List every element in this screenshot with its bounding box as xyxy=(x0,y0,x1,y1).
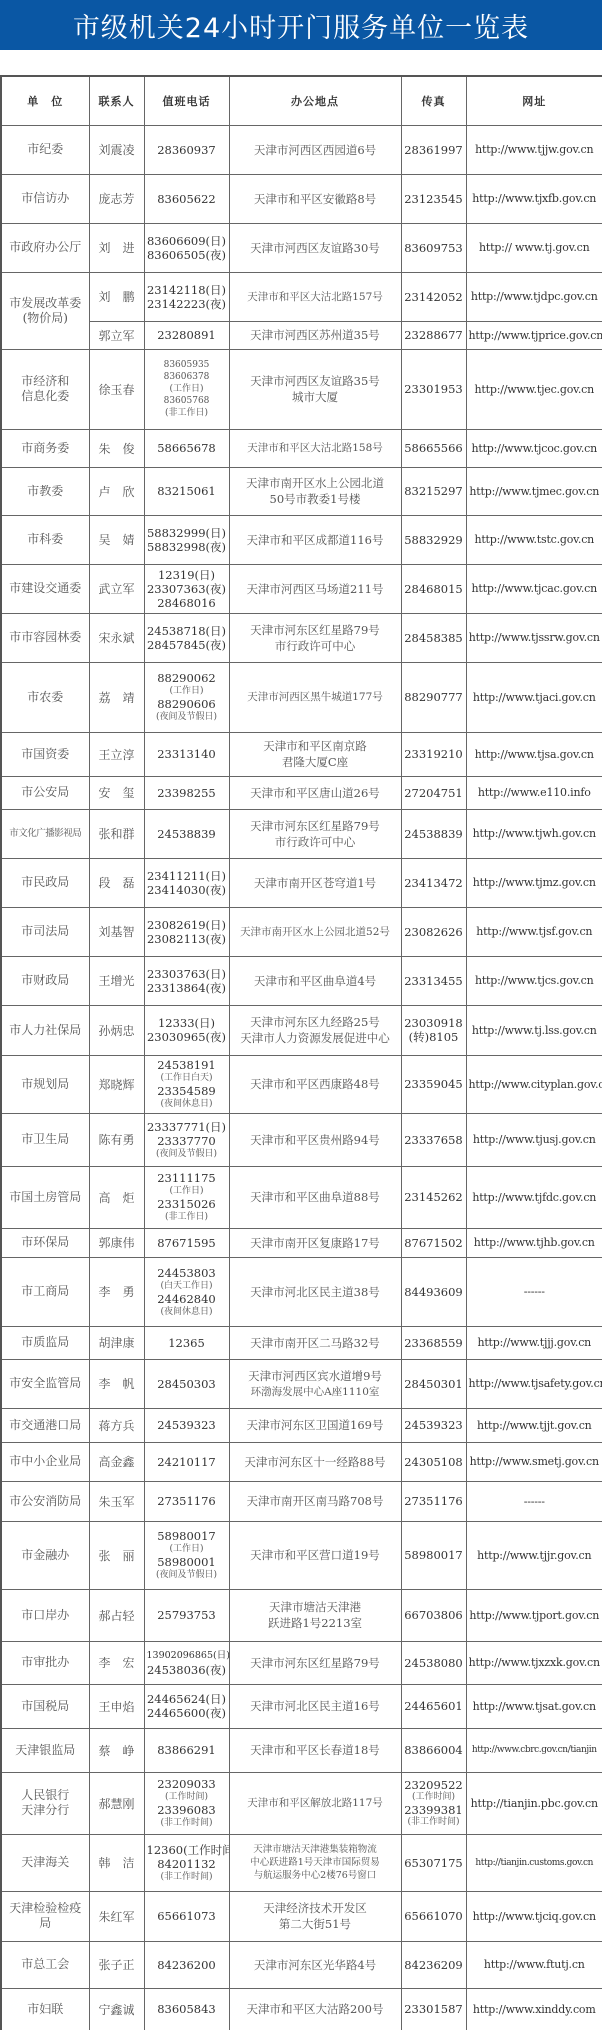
phone-number[interactable]: 83606378 xyxy=(147,371,227,383)
phone-number[interactable]: 58832999(日) xyxy=(147,526,227,540)
table-row: 市经济和信息化委徐玉春8360593583606378(工作日)83605768… xyxy=(1,349,602,429)
phone-number[interactable]: 24538839 xyxy=(147,827,227,841)
fax-cell: 23030918(转)8105 xyxy=(401,1005,466,1055)
table-row: 市财政局王增光23303763(日)23313864(夜)天津市和平区曲阜道4号… xyxy=(1,956,602,1005)
phone-number[interactable]: 83605622 xyxy=(147,192,227,206)
address-line: 天津市和平区大沽北路157号 xyxy=(232,289,399,305)
phone-number[interactable]: 13902096865(日) xyxy=(147,1649,227,1663)
website-link[interactable]: http://www.tj.lss.gov.cn xyxy=(466,1005,602,1055)
fax-number: 23123545 xyxy=(404,192,464,206)
phone-cell[interactable]: 28360937 xyxy=(144,125,229,174)
address-line: 天津市河东区红星路79号 xyxy=(232,818,399,834)
address-line: 天津市河西区马场道211号 xyxy=(232,581,399,597)
phone-number[interactable]: 23414030(夜) xyxy=(147,883,227,897)
contact-cell: 徐玉春 xyxy=(89,349,144,429)
phone-number[interactable]: (非工作日) xyxy=(147,1211,227,1223)
table-header-row: 单 位 联系人 值班电话 办公地点 传真 网址 xyxy=(1,76,602,125)
fax-number: 24465601 xyxy=(404,1699,464,1713)
website-link[interactable]: http://www.tjport.gov.cn xyxy=(466,1589,602,1641)
address-line: 天津市和平区贵州路94号 xyxy=(232,1132,399,1148)
phone-number[interactable]: 83866291 xyxy=(147,1743,227,1757)
website-link[interactable]: http://www.tjjj.gov.cn xyxy=(466,1326,602,1359)
contact-cell: 高金鑫 xyxy=(89,1442,144,1481)
fax-cell: 83609753 xyxy=(401,223,466,272)
address-cell: 天津市河东区光华路4号 xyxy=(229,1941,401,1988)
fax-cell: 23319210 xyxy=(401,732,466,776)
website-link[interactable]: http://www.tjusj.gov.cn xyxy=(466,1113,602,1166)
phone-number[interactable]: 12360(工作时间) xyxy=(147,1843,227,1857)
phone-number[interactable]: 58980001 xyxy=(147,1555,227,1569)
fax-cell: 24305108 xyxy=(401,1442,466,1481)
phone-cell[interactable]: 24538191(工作日白天)23354589(夜间休息日) xyxy=(144,1055,229,1113)
phone-cell[interactable]: 84236200 xyxy=(144,1941,229,1988)
table-row: 市纪委刘震凌28360937天津市河西区西园道6号28361997http://… xyxy=(1,125,602,174)
table-row: 市质监局胡津康12365天津市南开区二马路32号23368559http://w… xyxy=(1,1326,602,1359)
address-line: 天津市塘沽天津港 xyxy=(232,1599,399,1615)
website-link[interactable]: http://www.tjprice.gov.cn xyxy=(466,321,602,349)
phone-number[interactable]: 83605843 xyxy=(147,2002,227,2016)
phone-number[interactable]: 23396083 xyxy=(147,1803,227,1817)
phone-number[interactable]: 84236200 xyxy=(147,1958,227,1972)
phone-number[interactable]: 65661073 xyxy=(147,1909,227,1923)
website-link[interactable]: http://www.smetj.gov.cn xyxy=(466,1442,602,1481)
contact-cell: 宋永斌 xyxy=(89,613,144,662)
fax-number: 23359045 xyxy=(404,1077,464,1091)
phone-number[interactable]: 25793753 xyxy=(147,1608,227,1622)
address-cell: 天津市南开区水上公园北道52号 xyxy=(229,907,401,956)
phone-number[interactable]: 58665678 xyxy=(147,441,227,455)
website-link[interactable]: http://www.tjsafety.gov.cn xyxy=(466,1359,602,1408)
unit-name: 天津银监局 xyxy=(4,1743,87,1758)
fax-number: 23413472 xyxy=(404,876,464,890)
fax-number: 24305108 xyxy=(404,1455,464,1469)
phone-number[interactable]: 23082113(夜) xyxy=(147,932,227,946)
phone-number[interactable]: 58832998(夜) xyxy=(147,540,227,554)
address-line: 天津市河西区宾水道增9号 xyxy=(232,1368,399,1384)
website-link[interactable]: http://www.ftutj.cn xyxy=(466,1941,602,1988)
unit-name: 市建设交通委 xyxy=(4,581,87,596)
table-row: 市教委卢 欣83215061天津市南开区水上公园北道50号市教委1号楼83215… xyxy=(1,467,602,515)
website-link[interactable]: http://www.tjcac.gov.cn xyxy=(466,564,602,613)
phone-cell[interactable]: 24465624(日)24465600(夜) xyxy=(144,1684,229,1728)
address-line: 与航运服务中心2楼76号窗口 xyxy=(232,1869,399,1882)
fax-cell: 23337658 xyxy=(401,1113,466,1166)
website-link[interactable]: http://tianjin.pbc.gov.cn xyxy=(466,1772,602,1834)
phone-cell[interactable]: 23142118(日)23142223(夜) xyxy=(144,272,229,321)
fax-cell: 23368559 xyxy=(401,1326,466,1359)
website-link[interactable]: http://www.xinddy.com xyxy=(466,1988,602,2030)
phone-number[interactable]: 12365 xyxy=(147,1336,227,1350)
contact-cell: 段 磊 xyxy=(89,858,144,907)
website-link[interactable]: http://www.tjec.gov.cn xyxy=(466,349,602,429)
phone-number[interactable]: 83605935 xyxy=(147,359,227,371)
header-fax: 传真 xyxy=(401,76,466,125)
phone-cell[interactable]: 83866291 xyxy=(144,1728,229,1772)
address-cell: 天津市和平区曲阜道88号 xyxy=(229,1166,401,1228)
phone-number[interactable]: 28468016 xyxy=(147,596,227,610)
unit-name: 市口岸办 xyxy=(4,1608,87,1623)
unit-cell: 市司法局 xyxy=(1,907,89,956)
website-link[interactable]: http://www.tjcoc.gov.cn xyxy=(466,429,602,467)
phone-cell[interactable]: 12333(日)23030965(夜) xyxy=(144,1005,229,1055)
website-link[interactable]: http://www.e110.info xyxy=(466,776,602,809)
phone-cell[interactable]: 24538839 xyxy=(144,809,229,858)
fax-number: 23301587 xyxy=(404,2002,464,2016)
address-line: 市行政许可中心 xyxy=(232,834,399,850)
phone-number[interactable]: 87671595 xyxy=(147,1236,227,1250)
fax-cell: 58980017 xyxy=(401,1521,466,1589)
address-line: 天津市和平区成都道116号 xyxy=(232,532,399,548)
phone-cell[interactable]: 27351176 xyxy=(144,1481,229,1521)
website-link[interactable]: http://www.tjfdc.gov.cn xyxy=(466,1166,602,1228)
address-cell: 天津市河西区友谊路35号城市大厦 xyxy=(229,349,401,429)
website-link[interactable]: http://www.cbrc.gov.cn/tianjin xyxy=(466,1728,602,1772)
address-cell: 天津市河西区马场道211号 xyxy=(229,564,401,613)
unit-cell: 市质监局 xyxy=(1,1326,89,1359)
contact-cell: 张 丽 xyxy=(89,1521,144,1589)
fax-number: 83609753 xyxy=(404,241,464,255)
address-line: 50号市教委1号楼 xyxy=(232,491,399,507)
phone-number[interactable]: (夜间及节假日) xyxy=(147,1569,227,1581)
website-link[interactable]: http://www.tjwh.gov.cn xyxy=(466,809,602,858)
phone-number[interactable]: 28360937 xyxy=(147,143,227,157)
unit-cell: 天津检验检疫局 xyxy=(1,1891,89,1941)
address-line: 天津市南开区南马路708号 xyxy=(232,1493,399,1509)
phone-number[interactable]: 24453803 xyxy=(147,1266,227,1280)
unit-name: 市审批办 xyxy=(4,1655,87,1670)
unit-name: 天津检验检疫局 xyxy=(4,1901,87,1931)
phone-number[interactable]: 23398255 xyxy=(147,786,227,800)
fax-number: 23301953 xyxy=(404,382,464,396)
address-line: 天津市塘沽天津港集装箱物流 xyxy=(232,1843,399,1856)
fax-cell: 84236209 xyxy=(401,1941,466,1988)
address-line: 天津市和平区南京路 xyxy=(232,738,399,754)
phone-number[interactable]: 84201132 xyxy=(147,1857,227,1871)
contact-cell: 李 帆 xyxy=(89,1359,144,1408)
unit-name: 市质监局 xyxy=(4,1335,87,1350)
fax-number: 84493609 xyxy=(404,1285,464,1299)
phone-cell[interactable]: 65661073 xyxy=(144,1891,229,1941)
phone-cell[interactable]: 24539323 xyxy=(144,1408,229,1442)
phone-number[interactable]: 24538191 xyxy=(147,1058,227,1072)
website-link[interactable]: http://www.tjjr.gov.cn xyxy=(466,1521,602,1589)
table-row: 人民银行天津分行郝慧刚23209033(工作时间)23396083(非工作时间)… xyxy=(1,1772,602,1834)
address-line: 天津市南开区苍穹道1号 xyxy=(232,875,399,891)
phone-cell[interactable]: 23337771(日)23337770(夜间及节假日) xyxy=(144,1113,229,1166)
phone-number[interactable]: (工作时间) xyxy=(147,1791,227,1803)
website-link[interactable]: http://tianjin.customs.gov.cn xyxy=(466,1834,602,1891)
fax-cell: 28450301 xyxy=(401,1359,466,1408)
phone-cell[interactable]: 58980017(工作日)58980001(夜间及节假日) xyxy=(144,1521,229,1589)
address-line: 天津市和平区曲阜道88号 xyxy=(232,1189,399,1205)
phone-number[interactable]: 23315026 xyxy=(147,1197,227,1211)
unit-cell: 市民政局 xyxy=(1,858,89,907)
phone-number[interactable]: (白天工作日) xyxy=(147,1280,227,1292)
phone-cell[interactable]: 23111175(工作日)23315026(非工作日) xyxy=(144,1166,229,1228)
phone-cell[interactable]: 24538718(日)28457845(夜) xyxy=(144,613,229,662)
unit-name: 市国土房管局 xyxy=(4,1190,87,1205)
phone-cell[interactable]: 12365 xyxy=(144,1326,229,1359)
website-link[interactable]: http://www.tjjt.gov.cn xyxy=(466,1408,602,1442)
website-link[interactable]: http://www.tjdpc.gov.cn xyxy=(466,272,602,321)
website-link[interactable]: http://www.tjhb.gov.cn xyxy=(466,1228,602,1257)
phone-number[interactable]: 23313140 xyxy=(147,747,227,761)
phone-number[interactable]: 23313864(夜) xyxy=(147,981,227,995)
table-row: 郭立军23280891天津市河西区苏州道35号23288677http://ww… xyxy=(1,321,602,349)
phone-number[interactable]: 83215061 xyxy=(147,484,227,498)
fax-cell: 58665566 xyxy=(401,429,466,467)
phone-number[interactable]: 24465624(日) xyxy=(147,1692,227,1706)
table-row: 市中小企业局高金鑫24210117天津市河东区十一经路88号24305108ht… xyxy=(1,1442,602,1481)
phone-number[interactable]: 58980017 xyxy=(147,1529,227,1543)
phone-number[interactable]: 83605768 xyxy=(147,395,227,407)
website-link[interactable]: http://www.tjsat.gov.cn xyxy=(466,1684,602,1728)
website-link[interactable]: http://www.tjciq.gov.cn xyxy=(466,1891,602,1941)
website-link[interactable]: http://www.tjsa.gov.cn xyxy=(466,732,602,776)
header-address: 办公地点 xyxy=(229,76,401,125)
unit-cell: 市卫生局 xyxy=(1,1113,89,1166)
phone-number[interactable]: (工作日) xyxy=(147,685,227,697)
address-line: 天津市河东区卫国道169号 xyxy=(232,1417,399,1433)
contact-cell: 李 勇 xyxy=(89,1257,144,1326)
unit-cell: 市审批办 xyxy=(1,1641,89,1684)
phone-number[interactable]: 23280891 xyxy=(147,328,227,342)
phone-number[interactable]: 23411211(日) xyxy=(147,869,227,883)
phone-number[interactable]: 28457845(夜) xyxy=(147,638,227,652)
fax-cell: 23301587 xyxy=(401,1988,466,2030)
unit-cell: 市工商局 xyxy=(1,1257,89,1326)
table-row: 市人力社保局孙炳忠12333(日)23030965(夜)天津市河东区九经路25号… xyxy=(1,1005,602,1055)
unit-name: 天津海关 xyxy=(4,1855,87,1870)
address-cell: 天津市河东区卫国道169号 xyxy=(229,1408,401,1442)
phone-number[interactable]: (夜间及节假日) xyxy=(147,711,227,723)
phone-cell[interactable]: 23411211(日)23414030(夜) xyxy=(144,858,229,907)
fax-cell: 23288677 xyxy=(401,321,466,349)
address-cell: 天津市和平区西康路48号 xyxy=(229,1055,401,1113)
fax-cell: 28458385 xyxy=(401,613,466,662)
phone-cell[interactable]: 13902096865(日)24538036(夜) xyxy=(144,1641,229,1684)
address-line: 天津市南开区二马路32号 xyxy=(232,1335,399,1351)
website-link[interactable]: http:// www.tj.gov.cn xyxy=(466,223,602,272)
table-row: 市口岸办郝占轻25793753天津市塘沽天津港跃进路1号2213室6670380… xyxy=(1,1589,602,1641)
phone-number[interactable]: (工作日) xyxy=(147,1543,227,1555)
website-link[interactable]: http://www.tjsf.gov.cn xyxy=(466,907,602,956)
phone-cell[interactable]: 23313140 xyxy=(144,732,229,776)
phone-number[interactable]: 12319(日) xyxy=(147,568,227,582)
website-link[interactable]: http://www.tjxzxk.gov.cn xyxy=(466,1641,602,1684)
fax-number: 28468015 xyxy=(404,582,464,596)
address-line: 天津市和平区大沽路200号 xyxy=(232,2001,399,2017)
phone-number[interactable]: 27351176 xyxy=(147,1494,227,1508)
address-cell: 天津市南开区复康路17号 xyxy=(229,1228,401,1257)
phone-number[interactable]: 24462840 xyxy=(147,1292,227,1306)
phone-number[interactable]: (夜间休息日) xyxy=(147,1098,227,1110)
contact-cell: 吴 婧 xyxy=(89,515,144,564)
contact-cell: 武立军 xyxy=(89,564,144,613)
fax-number: 58665566 xyxy=(404,441,464,455)
contact-cell: 李 宏 xyxy=(89,1641,144,1684)
phone-number[interactable]: (非工作时间) xyxy=(147,1817,227,1829)
phone-number[interactable]: 24538036(夜) xyxy=(147,1663,227,1677)
phone-number[interactable]: 23030965(夜) xyxy=(147,1030,227,1044)
contact-cell: 郝占轻 xyxy=(89,1589,144,1641)
contact-cell: 王立淳 xyxy=(89,732,144,776)
phone-cell[interactable]: 8360593583606378(工作日)83605768(非工作日) xyxy=(144,349,229,429)
phone-number[interactable]: 23354589 xyxy=(147,1084,227,1098)
phone-cell[interactable]: 23209033(工作时间)23396083(非工作时间) xyxy=(144,1772,229,1834)
website-link[interactable]: ------ xyxy=(466,1257,602,1326)
phone-number[interactable]: (夜间及节假日) xyxy=(147,1148,227,1160)
unit-name: 人民银行 xyxy=(4,1788,87,1803)
phone-cell[interactable]: 83605622 xyxy=(144,174,229,223)
website-link[interactable]: http://www.tjmz.gov.cn xyxy=(466,858,602,907)
phone-number[interactable]: 28450303 xyxy=(147,1377,227,1391)
fax-number: 23368559 xyxy=(404,1336,464,1350)
address-line: 中心跃进路1号天津市国际贸易 xyxy=(232,1856,399,1869)
contact-cell: 朱红军 xyxy=(89,1891,144,1941)
unit-name: 市农委 xyxy=(4,690,87,705)
unit-name: 市财政局 xyxy=(4,973,87,988)
address-line: 城市大厦 xyxy=(232,389,399,405)
phone-cell[interactable]: 23398255 xyxy=(144,776,229,809)
phone-cell[interactable]: 12319(日)23307363(夜)28468016 xyxy=(144,564,229,613)
phone-cell[interactable]: 23082619(日)23082113(夜) xyxy=(144,907,229,956)
contact-cell: 安 玺 xyxy=(89,776,144,809)
phone-number[interactable]: 23303763(日) xyxy=(147,967,227,981)
unit-cell: 天津海关 xyxy=(1,1834,89,1891)
phone-cell[interactable]: 58832999(日)58832998(夜) xyxy=(144,515,229,564)
website-link[interactable]: ------ xyxy=(466,1481,602,1521)
table-body: 市纪委刘震凌28360937天津市河西区西园道6号28361997http://… xyxy=(1,125,602,2030)
fax-number: 58980017 xyxy=(404,1548,464,1562)
address-line: 天津市河东区九经路25号 xyxy=(232,1014,399,1030)
fax-number: 88290777 xyxy=(404,690,464,704)
contact-cell: 张和群 xyxy=(89,809,144,858)
unit-name: 市公安局 xyxy=(4,785,87,800)
unit-cell: 市财政局 xyxy=(1,956,89,1005)
phone-number[interactable]: 23307363(夜) xyxy=(147,582,227,596)
phone-cell[interactable]: 28450303 xyxy=(144,1359,229,1408)
phone-number[interactable]: 24539323 xyxy=(147,1418,227,1432)
phone-number[interactable]: 23337771(日) xyxy=(147,1120,227,1134)
address-line: 天津市和平区曲阜道4号 xyxy=(232,973,399,989)
unit-name: 市工商局 xyxy=(4,1284,87,1299)
unit-name: 市文化广播影视局 xyxy=(4,826,87,841)
address-line: 天津市河北区民主道38号 xyxy=(232,1284,399,1300)
phone-number[interactable]: (工作日) xyxy=(147,1185,227,1197)
phone-cell[interactable]: 87671595 xyxy=(144,1228,229,1257)
website-link[interactable]: http://www.tjjw.gov.cn xyxy=(466,125,602,174)
phone-cell[interactable]: 23303763(日)23313864(夜) xyxy=(144,956,229,1005)
unit-cell: 市妇联 xyxy=(1,1988,89,2030)
fax-number: 65307175 xyxy=(404,1856,464,1870)
fax-number: 83866004 xyxy=(404,1743,464,1757)
fax-number: 28458385 xyxy=(404,631,464,645)
table-row: 天津检验检疫局朱红军65661073天津经济技术开发区第二大街51号656610… xyxy=(1,1891,602,1941)
fax-number: 23399381 xyxy=(404,1803,464,1817)
phone-number[interactable]: 24538718(日) xyxy=(147,624,227,638)
phone-number[interactable]: 23082619(日) xyxy=(147,918,227,932)
unit-name: 市安全监管局 xyxy=(4,1376,87,1391)
table-row: 市总工会张子正84236200天津市河东区光华路4号84236209http:/… xyxy=(1,1941,602,1988)
website-link[interactable]: http://www.tjcs.gov.cn xyxy=(466,956,602,1005)
phone-cell[interactable]: 83215061 xyxy=(144,467,229,515)
website-link[interactable]: http://www.tjxfb.gov.cn xyxy=(466,174,602,223)
phone-number[interactable]: (非工作日) xyxy=(147,407,227,419)
phone-number[interactable]: 23209033 xyxy=(147,1777,227,1791)
address-line: 跃进路1号2213室 xyxy=(232,1615,399,1631)
unit-name: 信息化委 xyxy=(4,389,87,404)
phone-cell[interactable]: 58665678 xyxy=(144,429,229,467)
phone-cell[interactable]: 88290062(工作日)88290606(夜间及节假日) xyxy=(144,662,229,732)
phone-number[interactable]: 23111175 xyxy=(147,1171,227,1185)
table-row: 市公安局安 玺23398255天津市和平区唐山道26号27204751http:… xyxy=(1,776,602,809)
fax-number: 27204751 xyxy=(404,786,464,800)
phone-number[interactable]: 12333(日) xyxy=(147,1016,227,1030)
phone-number[interactable]: 23142118(日) xyxy=(147,283,227,297)
address-cell: 天津市河西区宾水道增9号环渤海发展中心A座1110室 xyxy=(229,1359,401,1408)
contact-cell: 朱 俊 xyxy=(89,429,144,467)
website-link[interactable]: http://www.tjaci.gov.cn xyxy=(466,662,602,732)
phone-number[interactable]: (非工作时间) xyxy=(147,1871,227,1883)
phone-number[interactable]: 83606505(夜) xyxy=(147,248,227,262)
phone-number[interactable]: (工作日) xyxy=(147,383,227,395)
phone-number[interactable]: 88290606 xyxy=(147,697,227,711)
phone-cell[interactable]: 12360(工作时间)84201132(非工作时间) xyxy=(144,1834,229,1891)
contact-cell: 孙炳忠 xyxy=(89,1005,144,1055)
phone-cell[interactable]: 25793753 xyxy=(144,1589,229,1641)
phone-number[interactable]: 83606609(日) xyxy=(147,234,227,248)
phone-cell[interactable]: 23280891 xyxy=(144,321,229,349)
phone-cell[interactable]: 83605843 xyxy=(144,1988,229,2030)
phone-number[interactable]: 88290062 xyxy=(147,671,227,685)
fax-cell: 24538839 xyxy=(401,809,466,858)
header-website: 网址 xyxy=(466,76,602,125)
fax-number: 28361997 xyxy=(404,143,464,157)
fax-cell: 27351176 xyxy=(401,1481,466,1521)
phone-number[interactable]: 23337770 xyxy=(147,1134,227,1148)
phone-number[interactable]: 23142223(夜) xyxy=(147,297,227,311)
phone-cell[interactable]: 83606609(日)83606505(夜) xyxy=(144,223,229,272)
unit-cell: 市纪委 xyxy=(1,125,89,174)
table-row: 市建设交通委武立军12319(日)23307363(夜)28468016天津市河… xyxy=(1,564,602,613)
address-line: 天津市河西区苏州道35号 xyxy=(232,327,399,343)
unit-cell: 市商务委 xyxy=(1,429,89,467)
contact-cell: 郭立军 xyxy=(89,321,144,349)
address-cell: 天津市和平区南京路君隆大厦C座 xyxy=(229,732,401,776)
unit-cell: 市经济和信息化委 xyxy=(1,349,89,429)
fax-cell: 23123545 xyxy=(401,174,466,223)
unit-name: 市环保局 xyxy=(4,1235,87,1250)
phone-number[interactable]: 24465600(夜) xyxy=(147,1706,227,1720)
website-link[interactable]: http://www.tjssrw.gov.cn xyxy=(466,613,602,662)
fax-number: 58832929 xyxy=(404,533,464,547)
phone-number[interactable]: 24210117 xyxy=(147,1455,227,1469)
address-line: 天津市河东区十一经路88号 xyxy=(232,1454,399,1470)
website-link[interactable]: http://www.cityplan.gov.cn xyxy=(466,1055,602,1113)
phone-number[interactable]: (夜间休息日) xyxy=(147,1306,227,1318)
website-link[interactable]: http://www.tstc.gov.cn xyxy=(466,515,602,564)
unit-cell: 市公安消防局 xyxy=(1,1481,89,1521)
table-row: 市公安消防局朱玉军27351176天津市南开区南马路708号27351176--… xyxy=(1,1481,602,1521)
unit-cell: 市信访办 xyxy=(1,174,89,223)
phone-number[interactable]: (工作日白天) xyxy=(147,1072,227,1084)
website-link[interactable]: http://www.tjmec.gov.cn xyxy=(466,467,602,515)
phone-cell[interactable]: 24210117 xyxy=(144,1442,229,1481)
address-cell: 天津市南开区水上公园北道50号市教委1号楼 xyxy=(229,467,401,515)
address-line: 天津市和平区西康路48号 xyxy=(232,1076,399,1092)
phone-cell[interactable]: 24453803(白天工作日)24462840(夜间休息日) xyxy=(144,1257,229,1326)
